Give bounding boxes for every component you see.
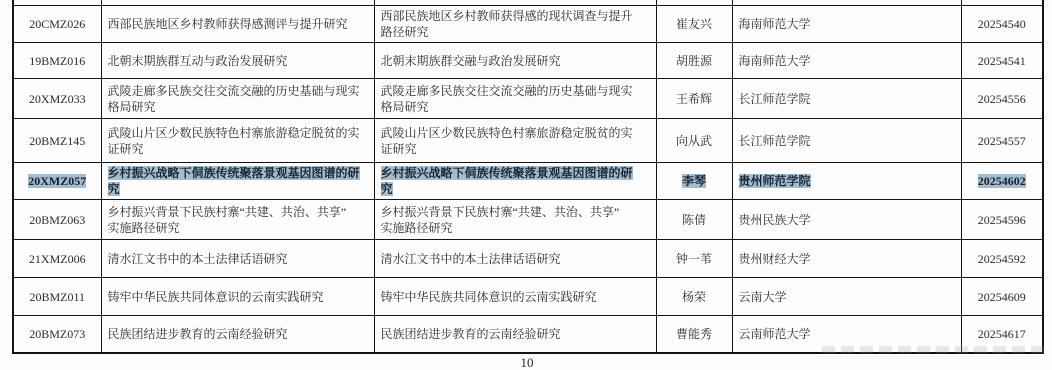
cell-cert-number: 20254617: [961, 316, 1043, 353]
projects-table: 20CMZ026 西部民族地区乡村教师获得感测评与提升研究 西部民族地区乡村教师…: [12, 0, 1044, 354]
cell-final-title: 武陵走廊多民族交往交流交融的历史基础与现实 格局研究: [374, 79, 656, 119]
cell-project-code: 20BMZ011: [13, 278, 101, 316]
page-number: 10: [12, 355, 1042, 370]
cell-leader: 向从武: [656, 119, 732, 163]
cell-final-title: 西部民族地区乡村教师获得感的现状调查与提升 路径研究: [374, 6, 656, 43]
cell-project-code: 20BMZ063: [13, 200, 101, 240]
cell-leader: 崔友兴: [656, 6, 732, 43]
cell-original-title: 武陵走廊多民族交往交流交融的历史基础与现实 格局研究: [101, 79, 374, 119]
table-row: 20BMZ063 乡村振兴背景下民族村寨“共建、共治、共享” 实施路径研究 乡村…: [13, 200, 1043, 240]
cell-cert-number: 20254541: [961, 43, 1043, 79]
cell-cert-number: 20254556: [961, 79, 1043, 119]
cell-project-code: 19BMZ016: [13, 43, 101, 79]
table-row: 20BMZ011 铸牢中华民族共同体意识的云南实践研究 铸牢中华民族共同体意识的…: [13, 278, 1043, 316]
table-row-selected: 20XMZ057 乡村振兴战略下侗族传统聚落景观基因图谱的研 究 乡村振兴战略下…: [13, 163, 1043, 200]
cell-institution: 贵州民族大学: [732, 200, 961, 240]
cell-institution: 贵州师范学院: [739, 174, 811, 188]
cell-institution: 长江师范学院: [732, 119, 961, 163]
cell-original-title: 北朝末期族群互动与政治发展研究: [101, 43, 374, 79]
cell-project-code: 20XMZ033: [13, 79, 101, 119]
cell-original-title: 铸牢中华民族共同体意识的云南实践研究: [101, 278, 374, 316]
cell-original-title: 武陵山片区少数民族特色村寨旅游稳定脱贫的实 证研究: [101, 119, 374, 163]
cell-project-code: 20BMZ073: [13, 316, 101, 353]
cell-original-title: 乡村振兴背景下民族村寨“共建、共治、共享” 实施路径研究: [101, 200, 374, 240]
table-row: 20CMZ026 西部民族地区乡村教师获得感测评与提升研究 西部民族地区乡村教师…: [13, 6, 1043, 43]
cell-final-title: 铸牢中华民族共同体意识的云南实践研究: [374, 278, 656, 316]
cell-original-title: 乡村振兴战略下侗族传统聚落景观基因图谱的研 究: [108, 166, 360, 196]
table-row: 20XMZ033 武陵走廊多民族交往交流交融的历史基础与现实 格局研究 武陵走廊…: [13, 79, 1043, 119]
cell-leader: 王希辉: [656, 79, 732, 119]
table-row: 21XMZ006 清水江文书中的本土法律话语研究 清水江文书中的本土法律话语研究…: [13, 240, 1043, 278]
cell-cert-number: 20254592: [961, 240, 1043, 278]
cell-final-title: 清水江文书中的本土法律话语研究: [374, 240, 656, 278]
cell-project-code: 20CMZ026: [13, 6, 101, 43]
cell-leader: 杨荣: [656, 278, 732, 316]
cell-institution: 云南师范大学: [732, 316, 961, 353]
cell-project-code: 21XMZ006: [13, 240, 101, 278]
table-row: 20BMZ145 武陵山片区少数民族特色村寨旅游稳定脱贫的实 证研究 武陵山片区…: [13, 119, 1043, 163]
cell-institution: 贵州财经大学: [732, 240, 961, 278]
cell-cert-number: 20254596: [961, 200, 1043, 240]
cell-institution: 海南师范大学: [732, 6, 961, 43]
cell-cert-number: 20254609: [961, 278, 1043, 316]
cell-original-title: 清水江文书中的本土法律话语研究: [101, 240, 374, 278]
cell-leader: 陈倩: [656, 200, 732, 240]
cell-original-title: 民族团结进步教育的云南经验研究: [101, 316, 374, 353]
cell-leader: 胡胜源: [656, 43, 732, 79]
cell-cert-number: 20254557: [961, 119, 1043, 163]
table-row: 19BMZ016 北朝末期族群互动与政治发展研究 北朝末期族群交融与政治发展研究…: [13, 43, 1043, 79]
cell-final-title: 武陵山片区少数民族特色村寨旅游稳定脱贫的实 证研究: [374, 119, 656, 163]
cell-cert-number: 20254602: [978, 174, 1026, 188]
cell-final-title: 北朝末期族群交融与政治发展研究: [374, 43, 656, 79]
cell-final-title: 乡村振兴背景下民族村寨“共建、共治、共享” 实施路径研究: [374, 200, 656, 240]
cell-final-title: 乡村振兴战略下侗族传统聚落景观基因图谱的研 究: [381, 166, 633, 196]
cell-institution: 云南大学: [732, 278, 961, 316]
cell-project-code: 20XMZ057: [28, 174, 86, 188]
cell-leader: 李琴: [682, 174, 706, 188]
cell-final-title: 民族团结进步教育的云南经验研究: [374, 316, 656, 353]
cell-institution: 海南师范大学: [732, 43, 961, 79]
cell-original-title: 西部民族地区乡村教师获得感测评与提升研究: [101, 6, 374, 43]
table-row: 20BMZ073 民族团结进步教育的云南经验研究 民族团结进步教育的云南经验研究…: [13, 316, 1043, 353]
cell-project-code: 20BMZ145: [13, 119, 101, 163]
cell-leader: 钟一苇: [656, 240, 732, 278]
cell-leader: 曹能秀: [656, 316, 732, 353]
cell-institution: 长江师范学院: [732, 79, 961, 119]
cell-cert-number: 20254540: [961, 6, 1043, 43]
